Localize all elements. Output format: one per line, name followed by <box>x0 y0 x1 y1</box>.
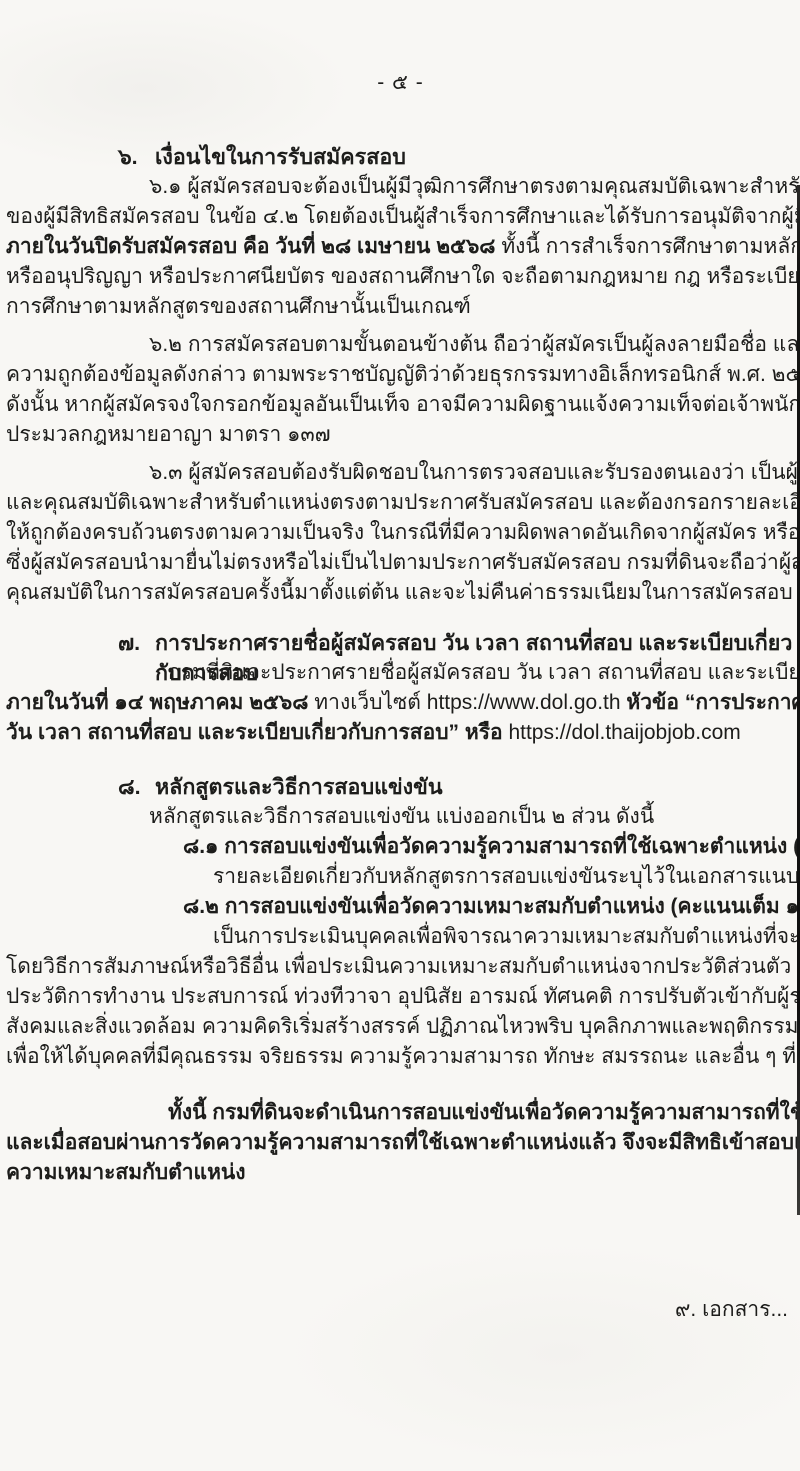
text-segment: ๖.๓ ผู้สมัครสอบต้องรับผิดชอบในการตรวจสอบ… <box>149 461 800 484</box>
text-line: เพื่อให้ได้บุคคลที่มีคุณธรรม จริยธรรม คว… <box>6 1042 795 1072</box>
document-page: - ๕ - ๖.เงื่อนไขในการรับสมัครสอบ๖.๑ ผู้ส… <box>0 0 800 1471</box>
text-segment: ประมวลกฎหมายอาญา มาตรา ๑๓๗ <box>6 423 331 446</box>
bold-text-segment: หัวข้อ “การประกาศรายชื่อผู้สมัครสอบ <box>626 691 800 714</box>
text-line: ภายในวันที่ ๑๔ พฤษภาคม ๒๕๖๘ ทางเว็บไซต์ … <box>6 688 795 718</box>
section-title: การประกาศรายชื่อผู้สมัครสอบ วัน เวลา สถา… <box>155 628 795 658</box>
text-line: ดังนั้น หากผู้สมัครจงใจกรอกข้อมูลอันเป็น… <box>6 390 795 420</box>
text-segment: หลักสูตรและวิธีการสอบแข่งขัน แบ่งออกเป็น… <box>149 805 654 828</box>
text-line: คุณสมบัติในการสมัครสอบครั้งนี้มาตั้งแต่ต… <box>6 578 795 608</box>
text-segment: ซึ่งผู้สมัครสอบนำมายื่นไม่ตรงหรือไม่เป็น… <box>6 551 800 574</box>
text-segment: ประวัติการทำงาน ประสบการณ์ ท่วงทีวาจา อุ… <box>6 985 800 1008</box>
text-line: ๘.๒ การสอบแข่งขันเพื่อวัดความเหมาะสมกับต… <box>6 892 795 922</box>
text-line: รายละเอียดเกี่ยวกับหลักสูตรการสอบแข่งขัน… <box>6 862 795 892</box>
page-number: - ๕ - <box>6 70 795 96</box>
text-line: ซึ่งผู้สมัครสอบนำมายื่นไม่ตรงหรือไม่เป็น… <box>6 548 795 578</box>
text-segment: และคุณสมบัติเฉพาะสำหรับตำแหน่งตรงตามประก… <box>6 491 800 514</box>
text-segment: ให้ถูกต้องครบถ้วนตรงตามความเป็นจริง ในกร… <box>6 521 800 544</box>
bold-text-segment: ภายในวันที่ ๑๔ พฤษภาคม ๒๕๖๘ <box>6 691 308 714</box>
section-title: หลักสูตรและวิธีการสอบแข่งขัน <box>155 772 795 802</box>
text-line: โดยวิธีการสัมภาษณ์หรือวิธีอื่น เพื่อประเ… <box>6 952 795 982</box>
section-number: ๘. <box>118 772 155 802</box>
section-number: ๗. <box>118 628 155 658</box>
text-line: ประมวลกฎหมายอาญา มาตรา ๑๓๗ <box>6 420 795 450</box>
bold-text-segment: ๘.๒ การสอบแข่งขันเพื่อวัดความเหมาะสมกับต… <box>183 895 800 918</box>
continuation-marker: ๙. เอกสาร... <box>675 1297 788 1323</box>
text-line: ภายในวันปิดรับสมัครสอบ คือ วันที่ ๒๘ เมษ… <box>6 232 795 262</box>
text-segment: รายละเอียดเกี่ยวกับหลักสูตรการสอบแข่งขัน… <box>213 865 800 888</box>
text-line: เป็นการประเมินบุคคลเพื่อพิจารณาความเหมาะ… <box>6 922 795 952</box>
bold-text-segment: และเมื่อสอบผ่านการวัดความรู้ความสามารถที… <box>6 1131 800 1154</box>
text-line: การศึกษาตามหลักสูตรของสถานศึกษานั้นเป็นเ… <box>6 292 795 322</box>
section-๗: ๗.การประกาศรายชื่อผู้สมัครสอบ วัน เวลา ส… <box>6 628 795 748</box>
text-segment: ความถูกต้องข้อมูลดังกล่าว ตามพระราชบัญญั… <box>6 363 800 386</box>
text-segment: คุณสมบัติในการสมัครสอบครั้งนี้มาตั้งแต่ต… <box>6 581 793 604</box>
document-body: ๖.เงื่อนไขในการรับสมัครสอบ๖.๑ ผู้สมัครสอ… <box>6 142 795 1188</box>
text-line: หรืออนุปริญญา หรือประกาศนียบัตร ของสถานศ… <box>6 262 795 292</box>
text-line: ความถูกต้องข้อมูลดังกล่าว ตามพระราชบัญญั… <box>6 360 795 390</box>
section-heading: ๘.หลักสูตรและวิธีการสอบแข่งขัน <box>6 772 795 802</box>
bold-text-segment: ภายในวันปิดรับสมัครสอบ คือ วันที่ ๒๘ เมษ… <box>6 235 495 258</box>
bold-text-segment: ความเหมาะสมกับตำแหน่ง <box>6 1161 246 1184</box>
section-title: เงื่อนไขในการรับสมัครสอบ <box>155 142 795 172</box>
section-number: ๖. <box>118 142 155 172</box>
text-segment: กรมที่ดินจะประกาศรายชื่อผู้สมัครสอบ วัน … <box>168 661 800 684</box>
text-segment: ๖.๒ การสมัครสอบตามขั้นตอนข้างต้น ถือว่าผ… <box>149 333 800 356</box>
text-line: และเมื่อสอบผ่านการวัดความรู้ความสามารถที… <box>6 1128 795 1158</box>
text-segment: เป็นการประเมินบุคคลเพื่อพิจารณาความเหมาะ… <box>213 925 800 948</box>
text-line: และคุณสมบัติเฉพาะสำหรับตำแหน่งตรงตามประก… <box>6 488 795 518</box>
text-line: ให้ถูกต้องครบถ้วนตรงตามความเป็นจริง ในกร… <box>6 518 795 548</box>
section-๘: ๘.หลักสูตรและวิธีการสอบแข่งขันหลักสูตรแล… <box>6 772 795 1188</box>
text-segment: หรืออนุปริญญา หรือประกาศนียบัตร ของสถานศ… <box>6 265 800 288</box>
text-segment: โดยวิธีการสัมภาษณ์หรือวิธีอื่น เพื่อประเ… <box>6 955 800 978</box>
text-line: ประวัติการทำงาน ประสบการณ์ ท่วงทีวาจา อุ… <box>6 982 795 1012</box>
bold-text-segment: ทั้งนี้ กรมที่ดินจะดำเนินการสอบแข่งขันเพ… <box>168 1101 800 1124</box>
section-heading: ๗.การประกาศรายชื่อผู้สมัครสอบ วัน เวลา ส… <box>6 628 795 658</box>
text-segment: สังคมและสิ่งแวดล้อม ความคิดริเริ่มสร้างส… <box>6 1015 800 1038</box>
text-line: วัน เวลา สถานที่สอบ และระเบียบเกี่ยวกับก… <box>6 718 795 748</box>
section-heading: ๖.เงื่อนไขในการรับสมัครสอบ <box>6 142 795 172</box>
bold-text-segment: วัน เวลา สถานที่สอบ และระเบียบเกี่ยวกับก… <box>6 721 503 744</box>
text-segment: https://dol.thaijobjob.com <box>503 721 741 744</box>
text-line: ของผู้มีสิทธิสมัครสอบ ในข้อ ๔.๒ โดยต้องเ… <box>6 202 795 232</box>
text-line: สังคมและสิ่งแวดล้อม ความคิดริเริ่มสร้างส… <box>6 1012 795 1042</box>
text-line: ๘.๑ การสอบแข่งขันเพื่อวัดความรู้ความสามา… <box>6 832 795 862</box>
text-line: ความเหมาะสมกับตำแหน่ง <box>6 1158 795 1188</box>
text-segment: เพื่อให้ได้บุคคลที่มีคุณธรรม จริยธรรม คว… <box>6 1045 800 1068</box>
text-segment: ทั้งนี้ การสำเร็จการศึกษาตามหลักสูตรขั้น… <box>495 235 800 258</box>
text-segment: ทางเว็บไซต์ https://www.dol.go.th <box>308 691 626 714</box>
text-line: ๖.๒ การสมัครสอบตามขั้นตอนข้างต้น ถือว่าผ… <box>6 330 795 360</box>
text-segment: ของผู้มีสิทธิสมัครสอบ ในข้อ ๔.๒ โดยต้องเ… <box>6 205 800 228</box>
text-segment: ๖.๑ ผู้สมัครสอบจะต้องเป็นผู้มีวุฒิการศึก… <box>149 175 800 198</box>
text-line: ทั้งนี้ กรมที่ดินจะดำเนินการสอบแข่งขันเพ… <box>6 1098 795 1128</box>
text-line: ๖.๑ ผู้สมัครสอบจะต้องเป็นผู้มีวุฒิการศึก… <box>6 172 795 202</box>
text-segment: ดังนั้น หากผู้สมัครจงใจกรอกข้อมูลอันเป็น… <box>6 393 800 416</box>
text-segment: การศึกษาตามหลักสูตรของสถานศึกษานั้นเป็นเ… <box>6 295 471 318</box>
text-line: กรมที่ดินจะประกาศรายชื่อผู้สมัครสอบ วัน … <box>6 658 795 688</box>
text-line: ๖.๓ ผู้สมัครสอบต้องรับผิดชอบในการตรวจสอบ… <box>6 458 795 488</box>
section-๖: ๖.เงื่อนไขในการรับสมัครสอบ๖.๑ ผู้สมัครสอ… <box>6 142 795 608</box>
text-line: หลักสูตรและวิธีการสอบแข่งขัน แบ่งออกเป็น… <box>6 802 795 832</box>
bold-text-segment: ๘.๑ การสอบแข่งขันเพื่อวัดความรู้ความสามา… <box>183 835 800 858</box>
